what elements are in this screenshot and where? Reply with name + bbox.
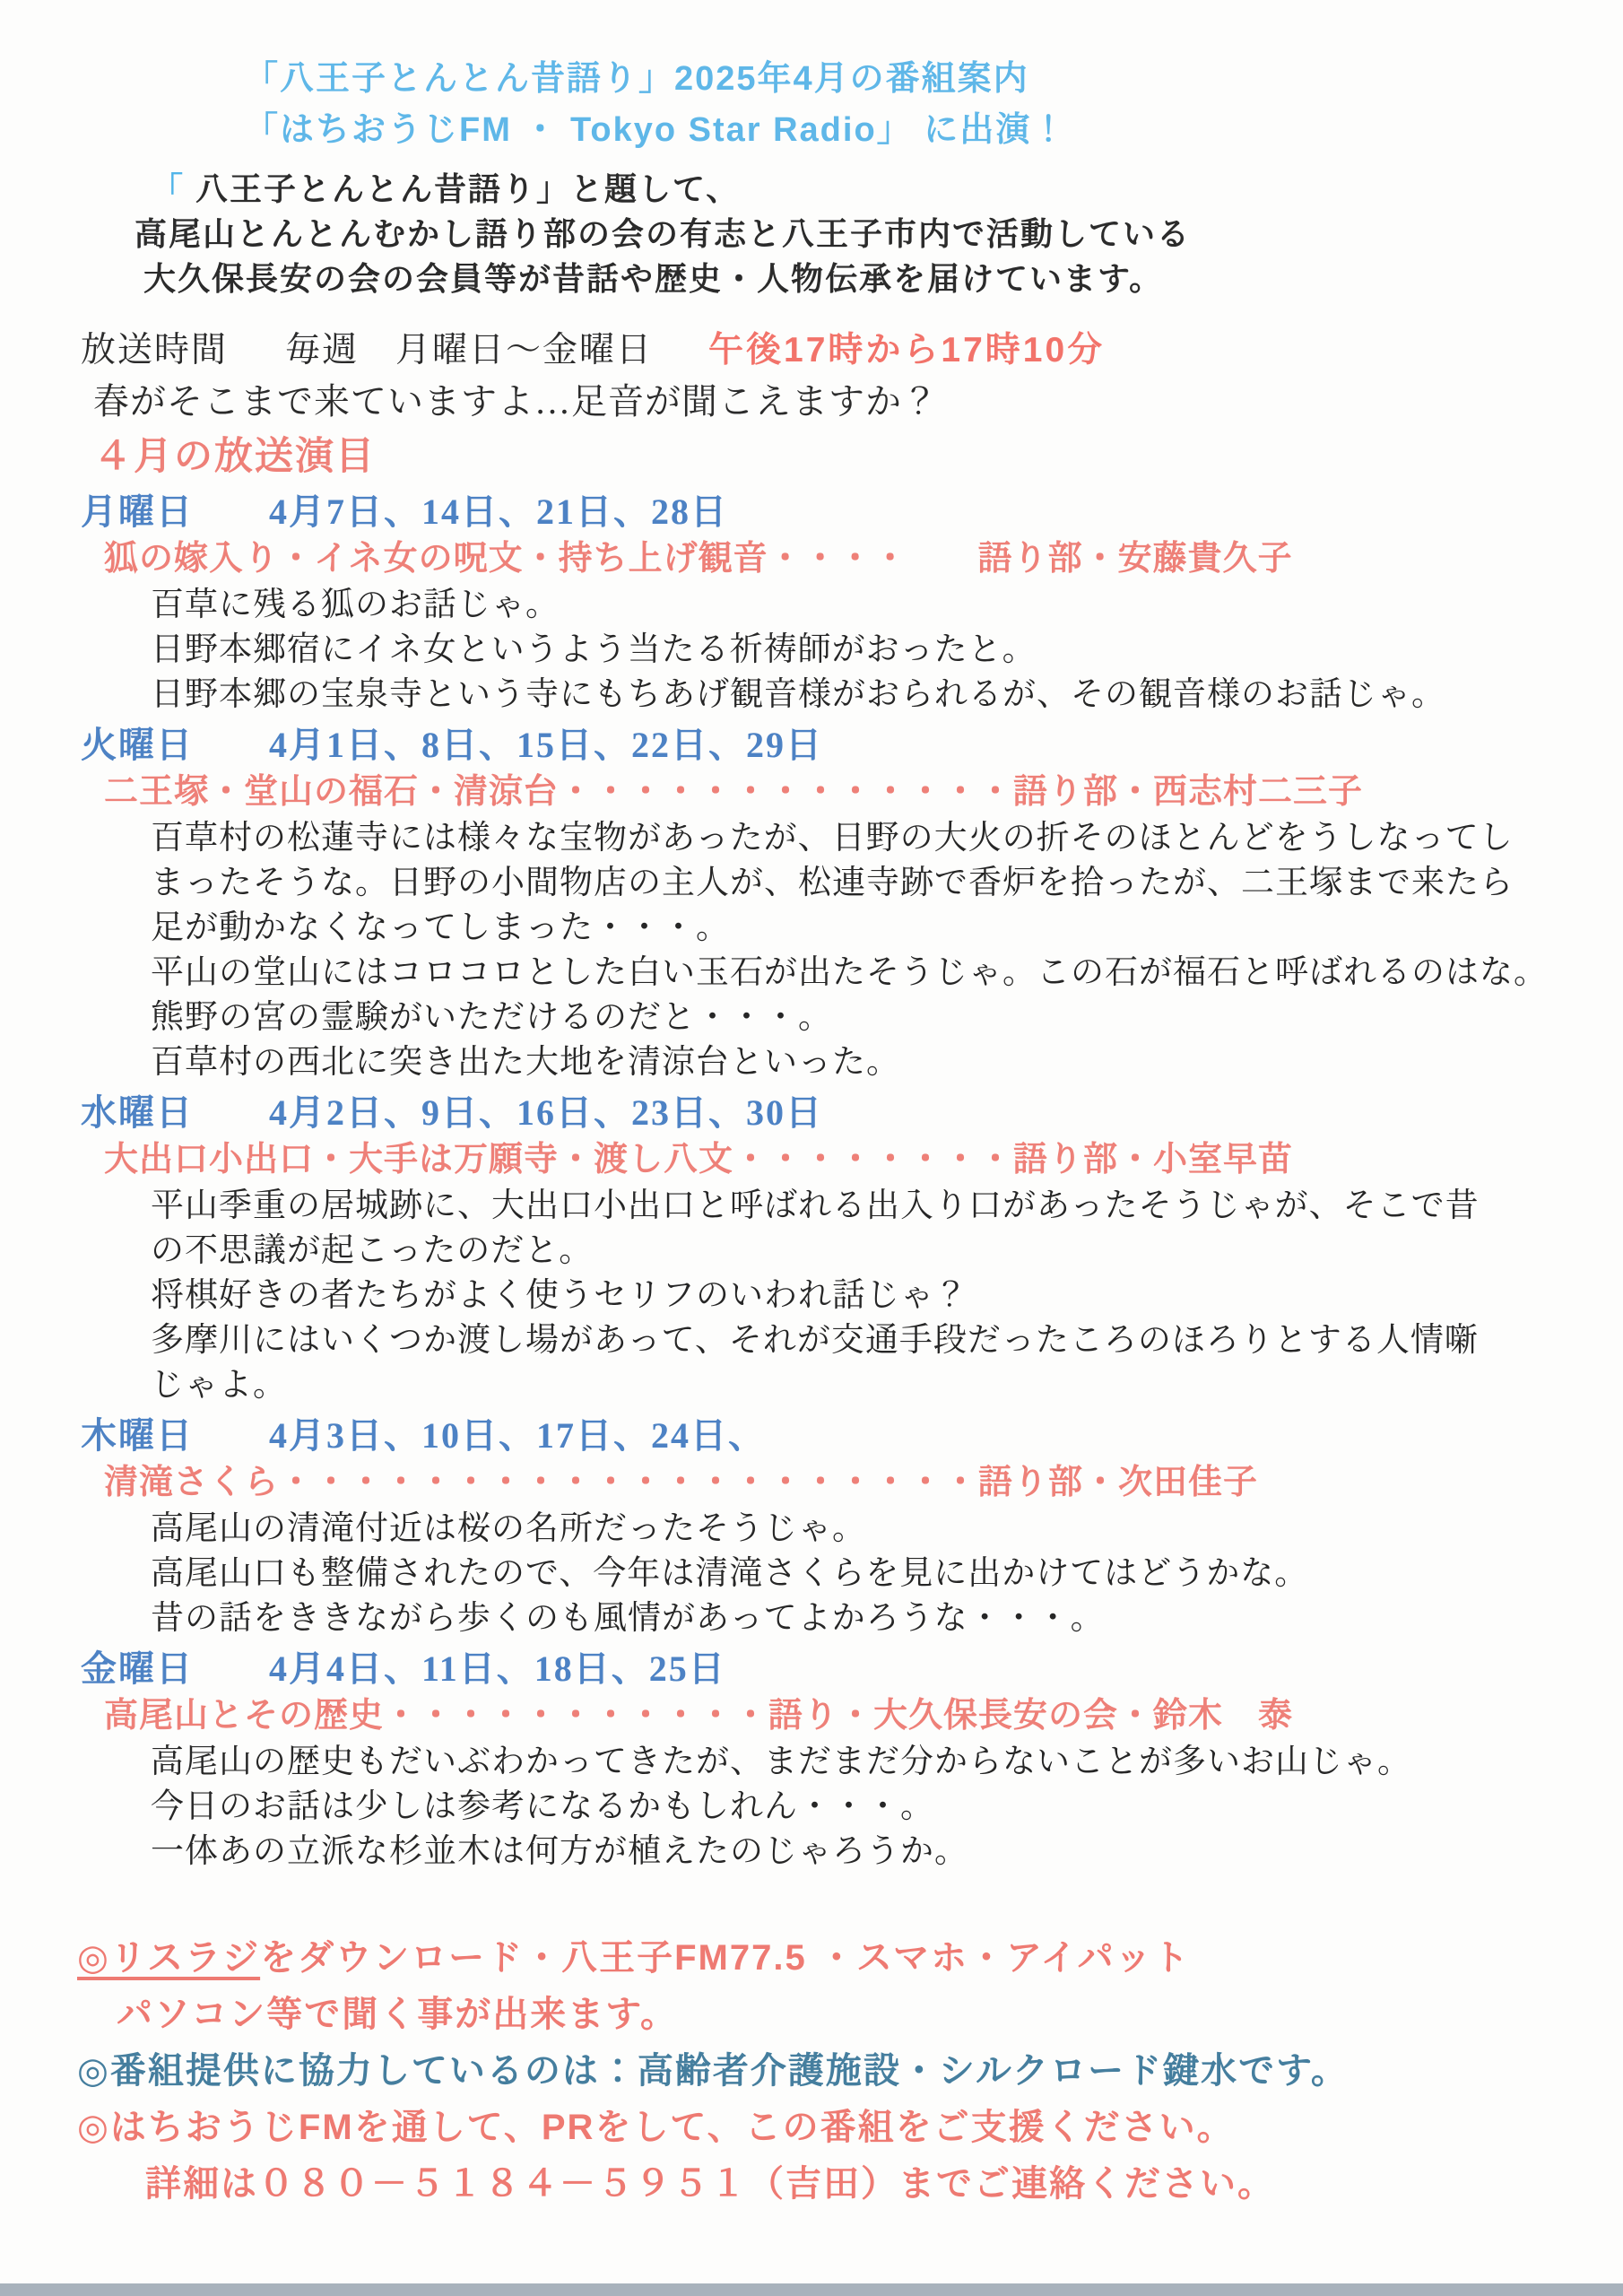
program-topic: 清滝さくら・・・・・・・・・・・・・・・・・・・・語り部・次田佳子 bbox=[104, 1459, 1623, 1507]
title-line-2: 「はちおうじFM ・ Tokyo Star Radio」 に出演！ bbox=[244, 105, 1623, 156]
program-topic: 大出口小出口・大手は万願寺・渡し八文・・・・・・・・語り部・小室早苗 bbox=[104, 1136, 1623, 1184]
intro-line-1-text: 八王子とんとん昔語り」と題して、 bbox=[185, 170, 740, 207]
broadcast-time: 午後17時から17時10分 bbox=[708, 331, 1105, 370]
scan-bottom-edge bbox=[0, 2283, 1623, 2296]
broadcast-time-row: 放送時間毎週 月曜日～金曜日午後17時から17時10分 bbox=[81, 326, 1623, 375]
program-monday: 月曜日 4月7日、14日、21日、28日 狐の嫁入り・イネ女の呪文・持ち上げ観音… bbox=[0, 488, 1623, 717]
note-lisradi-line2: パソコン等で聞く事が出来ます。 bbox=[117, 1987, 1623, 2043]
notes-block: ◎リスラジをダウンロード・八王子FM77.5 ・スマホ・アイパット パソコン等で… bbox=[0, 1930, 1623, 2213]
title-line-1: 「八王子とんとん昔語り」2025年4月の番組案内 bbox=[244, 54, 1623, 105]
program-topic: 狐の嫁入り・イネ女の呪文・持ち上げ観音・・・・ 語り部・安藤貴久子 bbox=[104, 535, 1623, 583]
intro-line-2: 高尾山とんとんむかし語り部の会の有志と八王子市内で活動している bbox=[135, 212, 1623, 257]
program-detail: 将棋好きの者たちがよく使うセリフのいわれ話じゃ？ bbox=[151, 1274, 1623, 1318]
flyer-title: 「八王子とんとん昔語り」2025年4月の番組案内 「はちおうじFM ・ Toky… bbox=[244, 54, 1623, 156]
program-day: 月曜日 4月7日、14日、21日、28日 bbox=[81, 488, 1623, 535]
intro-block: 「 八王子とんとん昔語り」と題して、 高尾山とんとんむかし語り部の会の有志と八王… bbox=[0, 167, 1623, 301]
program-day: 金曜日 4月4日、11日、18日、25日 bbox=[81, 1645, 1623, 1692]
program-detail: 熊野の宮の霊験がいただけるのだと・・・。 bbox=[151, 996, 1623, 1040]
intro-line-1: 「 八王子とんとん昔語り」と題して、 bbox=[151, 167, 1623, 212]
program-detail: の不思議が起こったのだと。 bbox=[151, 1229, 1623, 1274]
flyer-page: 「八王子とんとん昔語り」2025年4月の番組案内 「はちおうじFM ・ Toky… bbox=[0, 0, 1623, 2296]
program-day: 木曜日 4月3日、10日、17日、24日、 bbox=[81, 1412, 1623, 1459]
program-detail: 百草村の松蓮寺には様々な宝物があったが、日野の大火の折そのほとんどをうしなってし bbox=[151, 816, 1623, 861]
note-lisradi-underlined: ◎リスラジ bbox=[77, 1938, 260, 1978]
program-detail: 高尾山の歴史もだいぶわかってきたが、まだまだ分からないことが多いお山じゃ。 bbox=[151, 1740, 1623, 1785]
note-contact-phone: 詳細は０８０－５１８４－５９５１（吉田）までご連絡ください。 bbox=[145, 2156, 1623, 2213]
program-detail: じゃよ。 bbox=[151, 1363, 1623, 1408]
program-detail: 百草に残る狐のお話じゃ。 bbox=[151, 583, 1623, 628]
note-sponsor: ◎番組提供に協力しているのは：高齢者介護施設・シルクロード鍵水です。 bbox=[77, 2043, 1623, 2100]
note-support: ◎はちおうじFMを通して、PRをして、この番組をご支援ください。 bbox=[77, 2100, 1623, 2156]
program-topic: 二王塚・堂山の福石・清涼台・・・・・・・・・・・・・語り部・西志村二三子 bbox=[104, 769, 1623, 816]
broadcast-schedule: 毎週 月曜日～金曜日 bbox=[285, 331, 653, 370]
program-detail: 一体あの立派な杉並木は何方が植えたのじゃろうか。 bbox=[151, 1830, 1623, 1874]
program-detail: 昔の話をききながら歩くのも風情があってよかろうな・・・。 bbox=[151, 1596, 1623, 1641]
program-detail: 高尾山の清滝付近は桜の名所だったそうじゃ。 bbox=[151, 1507, 1623, 1552]
program-day: 水曜日 4月2日、9日、16日、23日、30日 bbox=[81, 1089, 1623, 1136]
section-title: ４月の放送演目 bbox=[93, 430, 1623, 484]
program-topic: 高尾山とその歴史・・・・・・・・・・・語り・大久保長安の会・鈴木 泰 bbox=[104, 1692, 1623, 1740]
program-detail: 高尾山口も整備されたので、今年は清滝さくらを見に出かけてはどうかな。 bbox=[151, 1552, 1623, 1596]
intro-opening-bracket: 「 bbox=[151, 170, 185, 207]
program-detail: 日野本郷の宝泉寺という寺にもちあげ観音様がおられるが、その観音様のお話じゃ。 bbox=[151, 673, 1623, 717]
program-friday: 金曜日 4月4日、11日、18日、25日 高尾山とその歴史・・・・・・・・・・・… bbox=[0, 1645, 1623, 1874]
program-detail: 多摩川にはいくつか渡し場があって、それが交通手段だったころのほろりとする人情噺 bbox=[151, 1318, 1623, 1363]
note-lisradi: ◎リスラジをダウンロード・八王子FM77.5 ・スマホ・アイパット bbox=[77, 1930, 1623, 1987]
program-tuesday: 火曜日 4月1日、8日、15日、22日、29日 二王塚・堂山の福石・清涼台・・・… bbox=[0, 721, 1623, 1085]
program-detail: 百草村の西北に突き出た大地を清涼台といった。 bbox=[151, 1040, 1623, 1085]
program-day: 火曜日 4月1日、8日、15日、22日、29日 bbox=[81, 721, 1623, 769]
program-detail: まったそうな。日野の小間物店の主人が、松連寺跡で香炉を拾ったが、二王塚まで来たら bbox=[151, 861, 1623, 906]
season-note: 春がそこまで来ていますよ…足音が聞こえますか？ bbox=[93, 377, 1623, 427]
program-detail: 今日のお話は少しは参考になるかもしれん・・・。 bbox=[151, 1785, 1623, 1830]
program-detail: 日野本郷宿にイネ女というよう当たる祈祷師がおったと。 bbox=[151, 628, 1623, 673]
program-detail: 足が動かなくなってしまった・・・。 bbox=[151, 906, 1623, 951]
program-wednesday: 水曜日 4月2日、9日、16日、23日、30日 大出口小出口・大手は万願寺・渡し… bbox=[0, 1089, 1623, 1408]
program-detail: 平山の堂山にはコロコロとした白い玉石が出たそうじゃ。この石が福石と呼ばれるのはな… bbox=[151, 951, 1623, 996]
program-thursday: 木曜日 4月3日、10日、17日、24日、 清滝さくら・・・・・・・・・・・・・… bbox=[0, 1412, 1623, 1641]
intro-line-3: 大久保長安の会の会員等が昔話や歴史・人物伝承を届けています。 bbox=[143, 257, 1623, 301]
note-lisradi-rest: をダウンロード・八王子FM77.5 ・スマホ・アイパット bbox=[260, 1938, 1191, 1978]
broadcast-label: 放送時間 bbox=[81, 331, 228, 370]
program-detail: 平山季重の居城跡に、大出口小出口と呼ばれる出入り口があったそうじゃが、そこで昔 bbox=[151, 1184, 1623, 1229]
